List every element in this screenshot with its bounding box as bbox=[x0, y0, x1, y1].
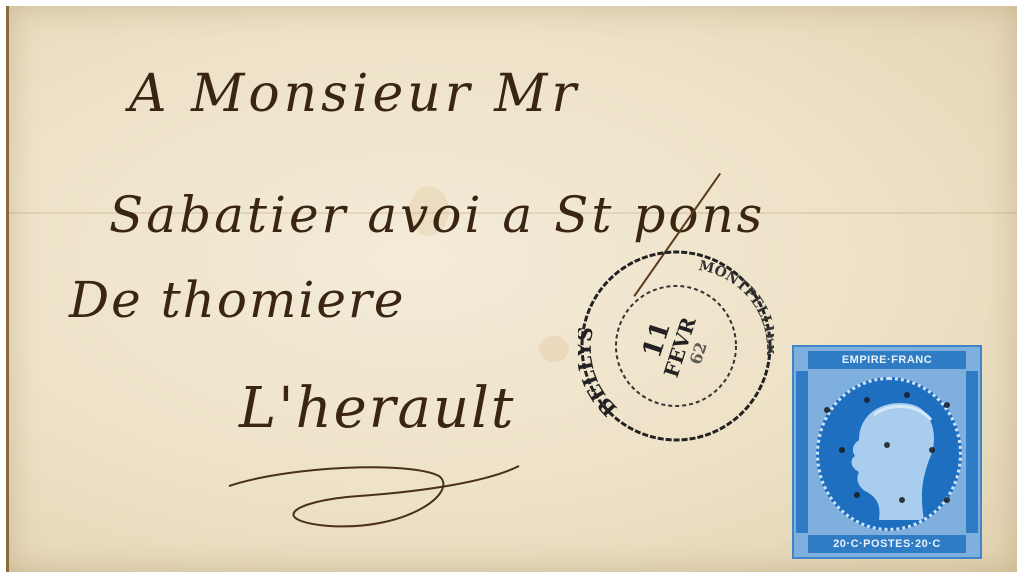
cancel-dot bbox=[884, 442, 890, 448]
stain bbox=[539, 336, 569, 362]
postmark-year: 62 bbox=[687, 340, 711, 367]
cancel-dot bbox=[904, 392, 910, 398]
stamp-border-left bbox=[796, 371, 808, 533]
address-line-1: A Monsieur Mr bbox=[129, 64, 580, 124]
cancel-dot bbox=[864, 397, 870, 403]
cancel-dot bbox=[839, 447, 845, 453]
postage-stamp: EMPIRE·FRANC 20·C·POSTES·20·C bbox=[792, 345, 982, 559]
cancel-dot bbox=[854, 492, 860, 498]
stamp-top-text: EMPIRE·FRANC bbox=[808, 351, 966, 369]
cancel-dot bbox=[944, 402, 950, 408]
address-line-3: De thomiere bbox=[69, 271, 405, 329]
cancel-dot bbox=[929, 447, 935, 453]
address-line-4: L'herault bbox=[239, 376, 515, 441]
stamp-border-right bbox=[966, 371, 978, 533]
stamp-portrait bbox=[816, 377, 962, 531]
postmark: BELLYS MONTPELLIER 11 FEVR 62 bbox=[578, 248, 774, 444]
cancel-dot bbox=[824, 407, 830, 413]
portrait-profile-icon bbox=[819, 380, 959, 528]
cancel-dot bbox=[944, 497, 950, 503]
cancel-dot bbox=[899, 497, 905, 503]
stamp-bottom-text: 20·C·POSTES·20·C bbox=[808, 535, 966, 553]
flourish-icon bbox=[209, 446, 529, 536]
address-line-2: Sabatier avoi a St pons bbox=[109, 186, 765, 244]
